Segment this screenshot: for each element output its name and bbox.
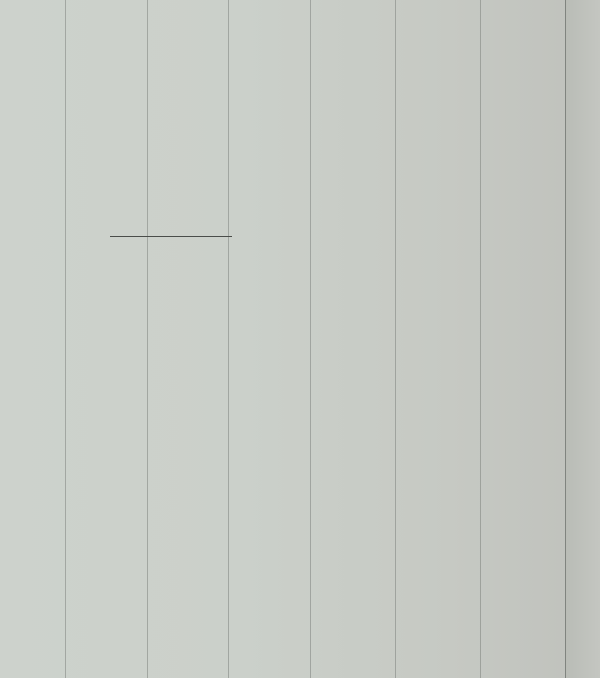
paper-rule-line <box>480 0 481 678</box>
page-edge-shadow <box>565 0 600 678</box>
paper-rule-line <box>228 0 229 678</box>
paper-rule-line <box>147 0 148 678</box>
body-line <box>56 282 63 294</box>
paper-rule-line <box>395 0 396 678</box>
letter-page <box>0 0 600 678</box>
paper-edge-line <box>565 0 566 678</box>
pencil-underline <box>110 236 232 237</box>
paper-rule-line <box>65 0 66 678</box>
paper-rule-line <box>310 0 311 678</box>
